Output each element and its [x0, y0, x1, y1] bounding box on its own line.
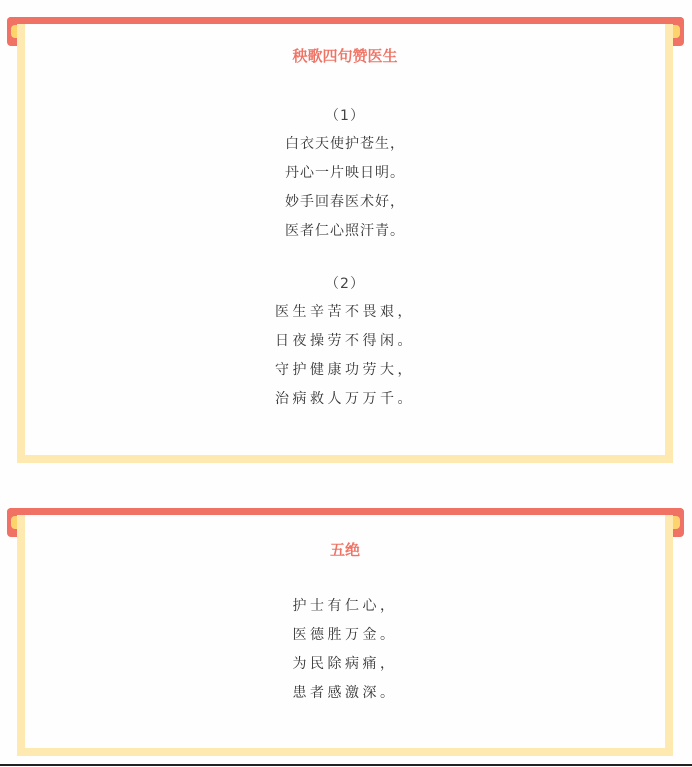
poem-body: 护士有仁心， 医德胜万金。 为民除病痛， 患者感激深。: [25, 592, 665, 708]
poem-line: 日夜操劳不得闲。: [25, 327, 665, 356]
section-number: （1）: [25, 103, 665, 130]
poem-line: 医德胜万金。: [25, 621, 665, 650]
poem-card-1: 秧歌四句赞医生 （1） 白衣天使护苍生， 丹心一片映日明。 妙手回春医术好， 医…: [0, 17, 692, 463]
poem-line: 患者感激深。: [25, 679, 665, 708]
poem-line: 妙手回春医术好，: [25, 188, 665, 217]
poem-card-2: 五绝 护士有仁心， 医德胜万金。 为民除病痛， 患者感激深。: [0, 508, 692, 756]
poem-line: 丹心一片映日明。: [25, 159, 665, 188]
scroll-knob: [673, 516, 680, 529]
poem-title: 五绝: [25, 539, 665, 560]
card-frame: 五绝 护士有仁心， 医德胜万金。 为民除病痛， 患者感激深。: [17, 515, 673, 756]
bottom-divider: [0, 764, 692, 766]
poem-section-2: （2） 医生辛苦不畏艰， 日夜操劳不得闲。 守护健康功劳大， 治病救人万万千。: [25, 271, 665, 414]
section-number: （2）: [25, 271, 665, 298]
scroll-top-bar: [7, 508, 684, 515]
poem-line: 护士有仁心，: [25, 592, 665, 621]
poem-section-1: （1） 白衣天使护苍生， 丹心一片映日明。 妙手回春医术好， 医者仁心照汗青。: [25, 103, 665, 246]
poem-title: 秧歌四句赞医生: [25, 45, 665, 66]
poem-line: 医者仁心照汗青。: [25, 217, 665, 246]
poem-line: 治病救人万万千。: [25, 385, 665, 414]
scroll-top-bar: [7, 17, 684, 24]
poem-line: 白衣天使护苍生，: [25, 130, 665, 159]
poem-line: 为民除病痛，: [25, 650, 665, 679]
card-frame: 秧歌四句赞医生 （1） 白衣天使护苍生， 丹心一片映日明。 妙手回春医术好， 医…: [17, 24, 673, 463]
scroll-knob: [673, 25, 680, 38]
poem-line: 守护健康功劳大，: [25, 356, 665, 385]
poem-line: 医生辛苦不畏艰，: [25, 298, 665, 327]
